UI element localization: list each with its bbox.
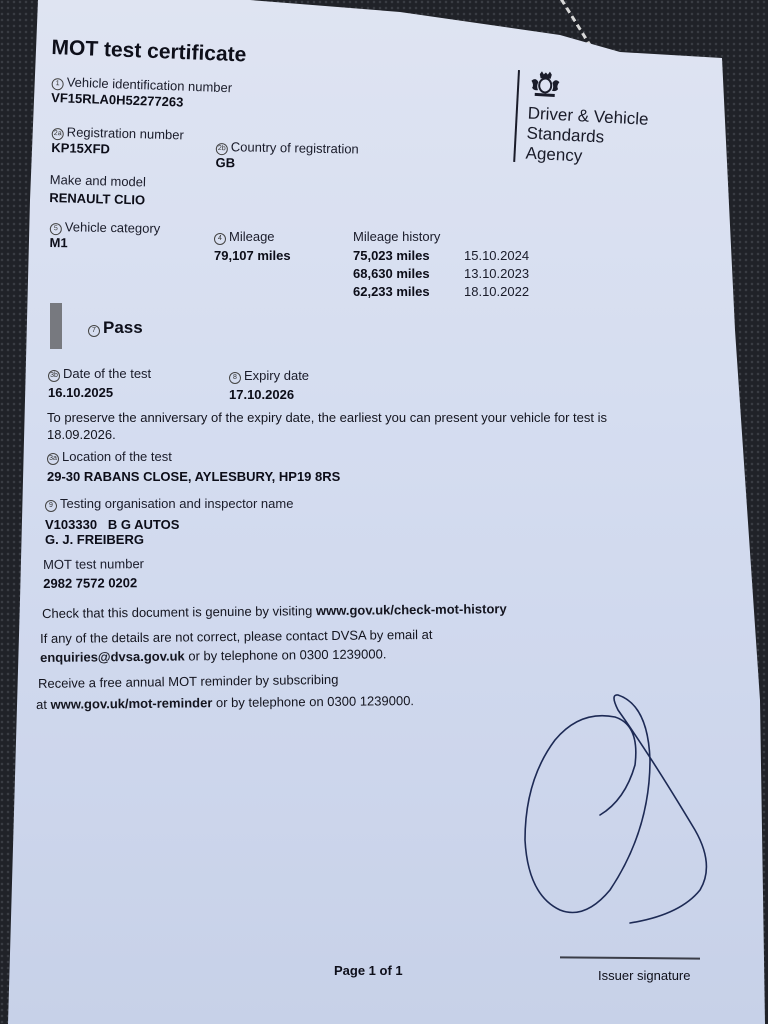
issuer-signature-drawing <box>500 680 740 930</box>
result-status-bar <box>50 303 62 349</box>
anniversary-note: To preserve the anniversary of the expir… <box>47 410 607 425</box>
expiry-date-value: 17.10.2026 <box>229 387 309 402</box>
mileage-history-row: 62,233 miles18.10.2022 <box>353 283 529 301</box>
vin-block: 1Vehicle identification number VF15RLA0H… <box>51 74 232 111</box>
dvsa-logo: Driver & Vehicle Standards Agency <box>513 70 651 169</box>
field-number-icon: 9 <box>45 500 57 512</box>
history-date: 15.10.2024 <box>464 247 529 265</box>
field-number-icon: 8 <box>229 372 241 384</box>
expiry-date-block: 8Expiry date 17.10.2026 <box>229 368 309 402</box>
make-model-block: Make and model RENAULT CLIO <box>49 172 146 208</box>
test-number-label: MOT test number <box>43 556 144 572</box>
location-value: 29-30 RABANS CLOSE, AYLESBURY, HP19 8RS <box>47 469 340 484</box>
test-number-value: 2982 7572 0202 <box>43 575 144 591</box>
category-label: 5Vehicle category <box>50 219 161 237</box>
test-date-value: 16.10.2025 <box>48 385 151 400</box>
history-date: 18.10.2022 <box>464 283 529 301</box>
reminder-details: at www.gov.uk/mot-reminder or by telepho… <box>36 693 414 712</box>
signature-line <box>560 956 700 959</box>
result-status: 7Pass <box>88 318 143 338</box>
document-title: MOT test certificate <box>51 36 247 67</box>
organisation-value: V103330 B G AUTOS <box>45 517 293 532</box>
issuer-signature-label: Issuer signature <box>598 968 691 983</box>
contact-text: If any of the details are not correct, p… <box>40 627 433 646</box>
make-model-value: RENAULT CLIO <box>49 190 145 208</box>
category-value: M1 <box>49 235 160 252</box>
test-number-block: MOT test number 2982 7572 0202 <box>43 556 144 591</box>
expiry-date-label: 8Expiry date <box>229 368 309 384</box>
mileage-history-row: 75,023 miles15.10.2024 <box>353 247 529 265</box>
field-number-icon: 3a <box>47 453 59 465</box>
mot-reminder-link[interactable]: www.gov.uk/mot-reminder <box>50 695 212 712</box>
field-number-icon: 3b <box>48 370 60 382</box>
country-block: 2bCountry of registration GB <box>215 139 358 172</box>
organisation-label: 9Testing organisation and inspector name <box>45 496 293 512</box>
history-miles: 62,233 miles <box>353 283 464 301</box>
mileage-label: 4Mileage <box>214 229 291 245</box>
contact-email-link[interactable]: enquiries@dvsa.gov.uk <box>40 648 185 665</box>
mileage-history: Mileage history 75,023 miles15.10.202468… <box>353 229 529 301</box>
contact-details: enquiries@dvsa.gov.uk or by telephone on… <box>40 646 386 665</box>
country-value: GB <box>215 155 358 172</box>
country-label: 2bCountry of registration <box>216 139 359 157</box>
field-number-icon: 2b <box>216 143 228 155</box>
test-date-label: 3bDate of the test <box>48 366 151 382</box>
registration-block: 2aRegistration number KP15XFD <box>51 124 184 158</box>
history-miles: 75,023 miles <box>353 247 464 265</box>
mileage-history-label: Mileage history <box>353 229 529 244</box>
check-genuine-text: Check that this document is genuine by v… <box>42 601 507 621</box>
mileage-value: 79,107 miles <box>214 248 291 263</box>
reminder-text: Receive a free annual MOT reminder by su… <box>38 672 339 691</box>
mileage-block: 4Mileage 79,107 miles <box>214 229 291 263</box>
inspector-name: G. J. FREIBERG <box>45 532 293 547</box>
field-number-icon: 5 <box>50 223 62 235</box>
check-mot-history-link[interactable]: www.gov.uk/check-mot-history <box>316 601 507 618</box>
category-block: 5Vehicle category M1 <box>49 219 160 252</box>
history-date: 13.10.2023 <box>464 265 529 283</box>
field-number-icon: 2a <box>52 128 64 140</box>
location-block: 3aLocation of the test 29-30 RABANS CLOS… <box>47 449 340 484</box>
organisation-block: 9Testing organisation and inspector name… <box>45 496 293 547</box>
make-model-label: Make and model <box>50 172 146 190</box>
mot-certificate-paper: MOT test certificate 1Vehicle identifica… <box>0 0 768 1024</box>
history-miles: 68,630 miles <box>353 265 464 283</box>
test-date-block: 3bDate of the test 16.10.2025 <box>48 366 151 400</box>
field-number-icon: 1 <box>51 78 63 90</box>
location-label: 3aLocation of the test <box>47 449 340 465</box>
field-number-icon: 7 <box>88 325 100 337</box>
page-number: Page 1 of 1 <box>334 963 403 978</box>
mileage-history-row: 68,630 miles13.10.2023 <box>353 265 529 283</box>
field-number-icon: 4 <box>214 233 226 245</box>
royal-crest-icon <box>529 71 562 99</box>
agency-name: Driver & Vehicle Standards Agency <box>525 104 649 170</box>
anniversary-date: 18.09.2026. <box>47 427 116 442</box>
